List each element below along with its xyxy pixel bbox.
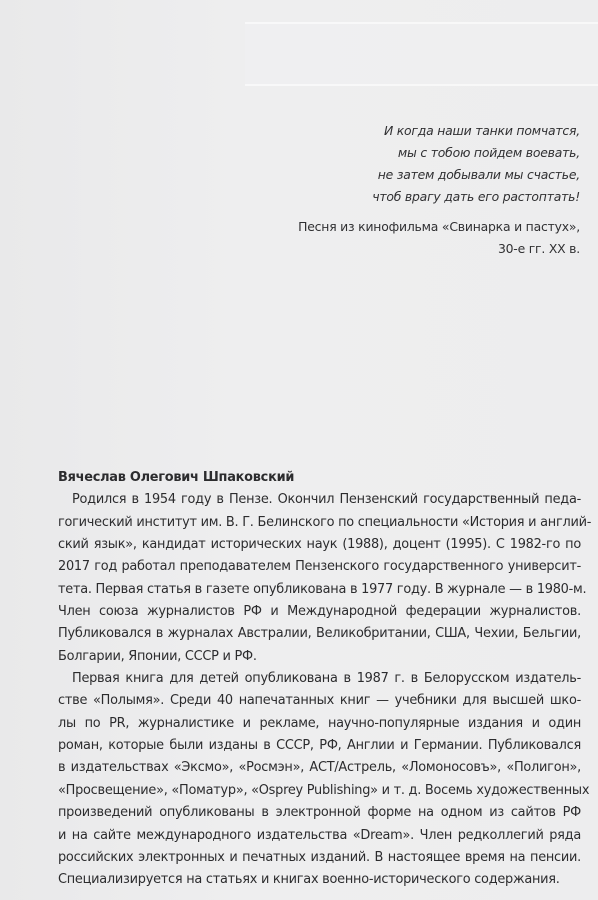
text-line: Член союза журналистов РФ и Международно… bbox=[58, 601, 581, 623]
bio-paragraph-2: Первая книга для детей опубликована в 19… bbox=[58, 668, 581, 891]
epigraph-source-line: 30-е гг. XX в. bbox=[250, 238, 580, 260]
text-line: гогический институт им. В. Г. Белинского… bbox=[58, 512, 581, 534]
author-bio: Вячеслав Олегович Шпаковский Родился в 1… bbox=[58, 467, 581, 892]
text-line: Болгарии, Японии, СССР и РФ. bbox=[58, 646, 581, 668]
text-line: и на сайте международного издательства «… bbox=[58, 825, 581, 847]
text-line: роман, которые были изданы в СССР, РФ, А… bbox=[58, 735, 581, 757]
text-line: Родился в 1954 году в Пензе. Окончил Пен… bbox=[58, 489, 581, 511]
text-line: стве «Полымя». Среди 40 напечатанных кни… bbox=[58, 690, 581, 712]
epigraph-source-line: Песня из кинофильма «Свинарка и пастух», bbox=[250, 216, 580, 238]
epigraph-line: чтоб врагу дать его растоптать! bbox=[250, 186, 580, 208]
text-line: в издательствах «Эксмо», «Росмэн», АСТ/А… bbox=[58, 757, 581, 779]
text-line: ский язык», кандидат исторических наук (… bbox=[58, 534, 581, 556]
text-line: «Просвещение», «Поматур», «Osprey Publis… bbox=[58, 780, 581, 802]
text-line: лы по PR, журналистике и рекламе, научно… bbox=[58, 713, 581, 735]
text-line: российских электронных и печатных издани… bbox=[58, 847, 581, 869]
bio-paragraph-1: Родился в 1954 году в Пензе. Окончил Пен… bbox=[58, 489, 581, 668]
epigraph-line: мы с тобою пойдем воевать, bbox=[250, 142, 580, 164]
epigraph-line: И когда наши танки помчатся, bbox=[250, 120, 580, 142]
text-line: Публиковался в журналах Австралии, Велик… bbox=[58, 623, 581, 645]
reverse-page-show-through bbox=[245, 22, 598, 86]
author-name: Вячеслав Олегович Шпаковский bbox=[58, 467, 581, 489]
epigraph-line: не затем добывали мы счастье, bbox=[250, 164, 580, 186]
text-line: 2017 год работал преподавателем Пензенск… bbox=[58, 556, 581, 578]
text-line: произведений опубликованы в электронной … bbox=[58, 802, 581, 824]
epigraph-verse: И когда наши танки помчатся, мы с тобою … bbox=[250, 120, 580, 208]
text-line: тета. Первая статья в газете опубликован… bbox=[58, 579, 581, 601]
book-page: И когда наши танки помчатся, мы с тобою … bbox=[0, 0, 598, 900]
epigraph-source: Песня из кинофильма «Свинарка и пастух»,… bbox=[250, 216, 580, 260]
text-line: Первая книга для детей опубликована в 19… bbox=[58, 668, 581, 690]
text-line: Специализируется на статьях и книгах вое… bbox=[58, 869, 581, 891]
